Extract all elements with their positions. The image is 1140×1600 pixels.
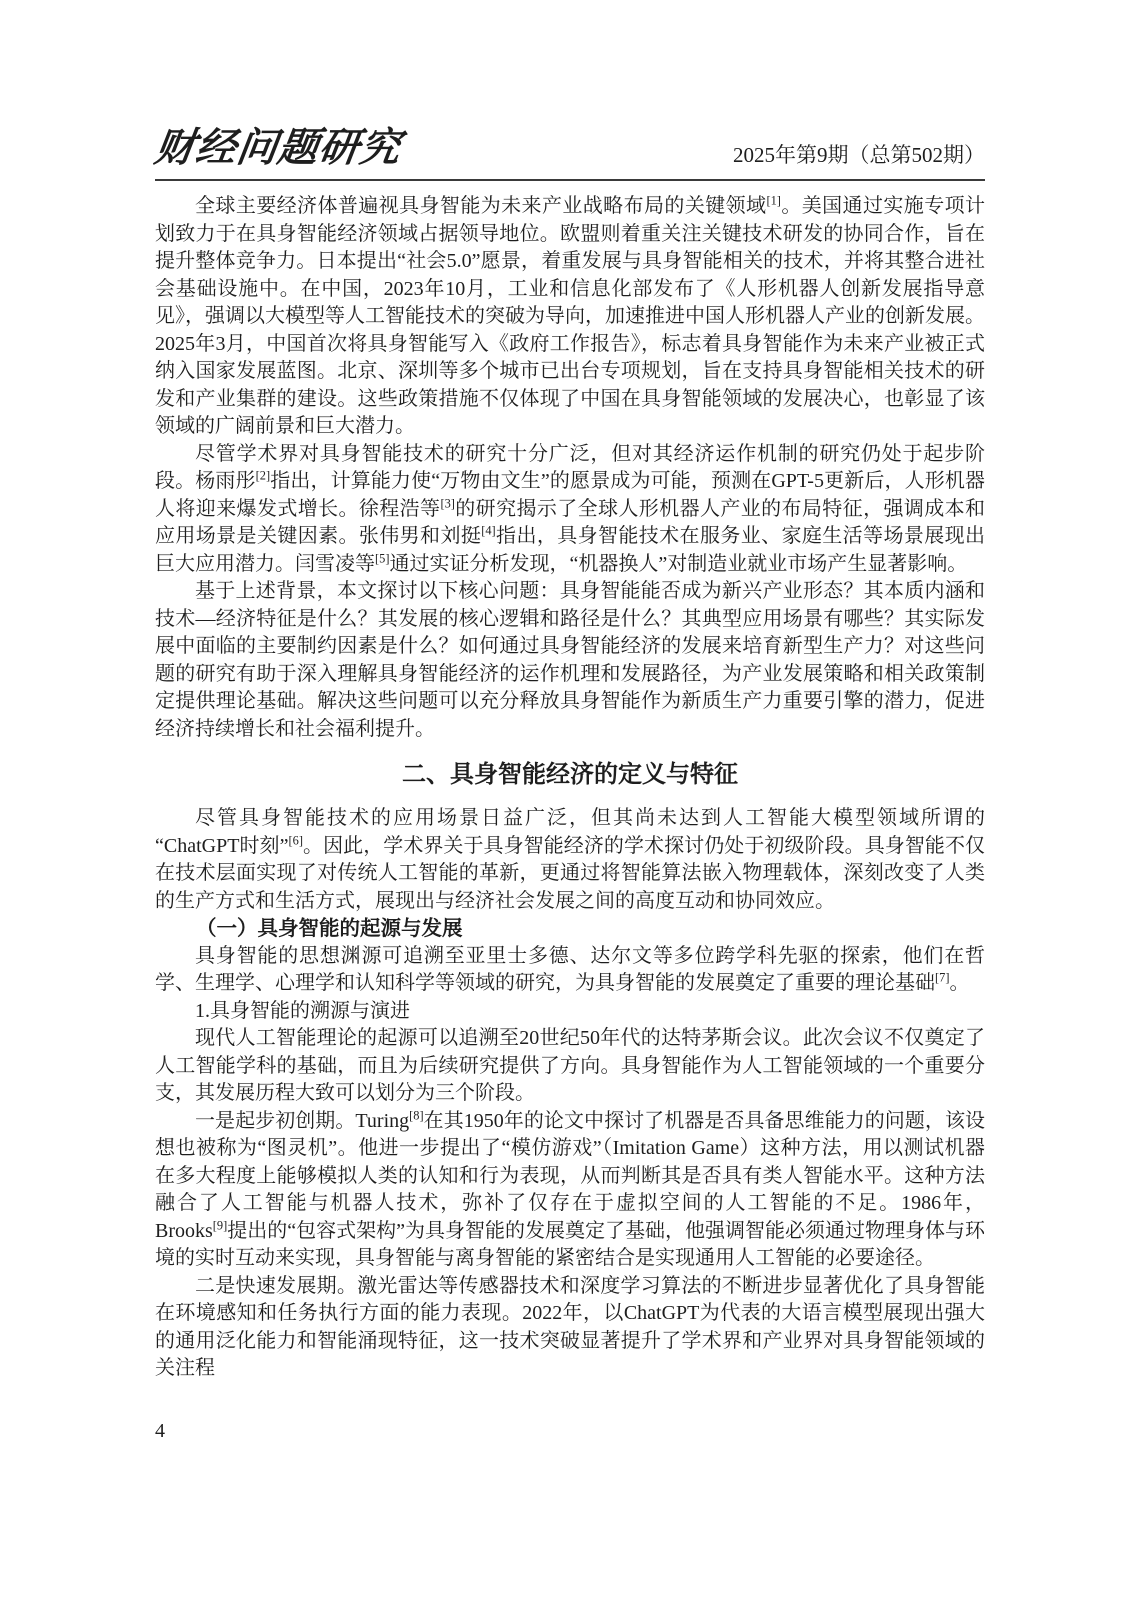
citation-marker: [5]	[375, 551, 389, 565]
stage-paragraph-3: 二是快速发展期。激光雷达等传感器技术和深度学习算法的不断进步显著优化了具身智能在…	[155, 1273, 985, 1383]
numbered-heading: 1.具身智能的溯源与演进	[155, 998, 985, 1026]
section-intro-paragraph: 尽管具身智能技术的应用场景日益广泛，但其尚未达到人工智能大模型领域所谓的“Cha…	[155, 805, 985, 915]
citation-marker: [7]	[935, 970, 949, 984]
citation-marker: [4]	[481, 523, 495, 537]
section-heading: 二、具身智能经济的定义与特征	[155, 760, 985, 790]
journal-logo-calligraphy: 财经问题研究	[152, 126, 404, 170]
page-content: 财经问题研究 2025年第9期（总第502期） 全球主要经济体普遍视具身智能为未…	[155, 126, 985, 1383]
issue-info: 2025年第9期（总第502期）	[733, 140, 985, 170]
intro-paragraph-3: 基于上述背景，本文探讨以下核心问题：具身智能能否成为新兴产业形态？其本质内涵和技…	[155, 578, 985, 743]
citation-marker: [9]	[213, 1218, 227, 1232]
subsection-paragraph: 具身智能的思想渊源可追溯至亚里士多德、达尔文等多位跨学科先驱的探索，他们在哲学、…	[155, 943, 985, 998]
stage-paragraph-2: 一是起步初创期。Turing[8]在其1950年的论文中探讨了机器是否具备思维能…	[155, 1108, 985, 1273]
page-header: 财经问题研究 2025年第9期（总第502期）	[155, 126, 985, 181]
page-number: 4	[155, 1420, 165, 1443]
citation-marker: [2]	[256, 468, 270, 482]
subsection-heading: （一）具身智能的起源与发展	[155, 915, 985, 943]
citation-marker: [8]	[409, 1108, 423, 1122]
article-body: 全球主要经济体普遍视具身智能为未来产业战略布局的关键领域[1]。美国通过实施专项…	[155, 193, 985, 1383]
journal-page: 财经问题研究 2025年第9期（总第502期） 全球主要经济体普遍视具身智能为未…	[0, 0, 1140, 1600]
intro-paragraph-1: 全球主要经济体普遍视具身智能为未来产业战略布局的关键领域[1]。美国通过实施专项…	[155, 193, 985, 441]
citation-marker: [3]	[440, 496, 454, 510]
intro-paragraph-2: 尽管学术界对具身智能技术的研究十分广泛，但对其经济运作机制的研究仍处于起步阶段。…	[155, 441, 985, 579]
citation-marker: [6]	[289, 833, 303, 847]
citation-marker: [1]	[766, 193, 780, 207]
stage-paragraph-1: 现代人工智能理论的起源可以追溯至20世纪50年代的达特茅斯会议。此次会议不仅奠定…	[155, 1025, 985, 1108]
